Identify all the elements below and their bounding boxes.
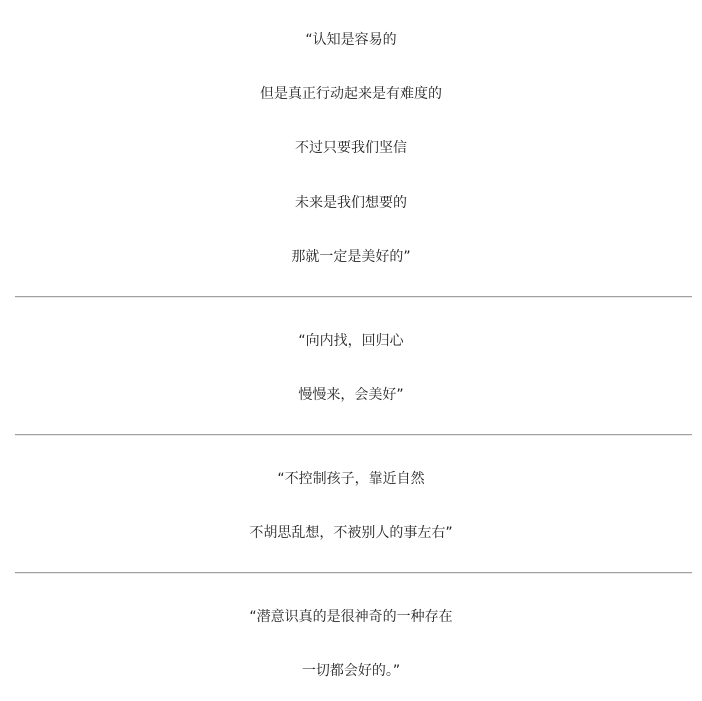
section-divider [15, 434, 692, 436]
quote-page: “认知是容易的 但是真正行动起来是有难度的 不过只要我们坚信 未来是我们想要的 … [0, 0, 702, 701]
quote-line: 未来是我们想要的 [0, 193, 702, 213]
quote-line: “潜意识真的是很神奇的一种存在 [0, 607, 702, 627]
quote-line: “不控制孩子，靠近自然 [0, 469, 702, 489]
section-divider [15, 296, 692, 298]
quote-line: 慢慢来，会美好” [0, 385, 702, 405]
quote-line: “认知是容易的 [0, 30, 702, 50]
quote-line: 不过只要我们坚信 [0, 138, 702, 158]
quote-line: 不胡思乱想，不被别人的事左右” [0, 523, 702, 543]
quote-line: 但是真正行动起来是有难度的 [0, 84, 702, 104]
section-divider [15, 572, 692, 574]
quote-line: 一切都会好的。” [0, 661, 702, 681]
quote-line: 那就一定是美好的” [0, 247, 702, 267]
quote-line: “向内找，回归心 [0, 331, 702, 351]
